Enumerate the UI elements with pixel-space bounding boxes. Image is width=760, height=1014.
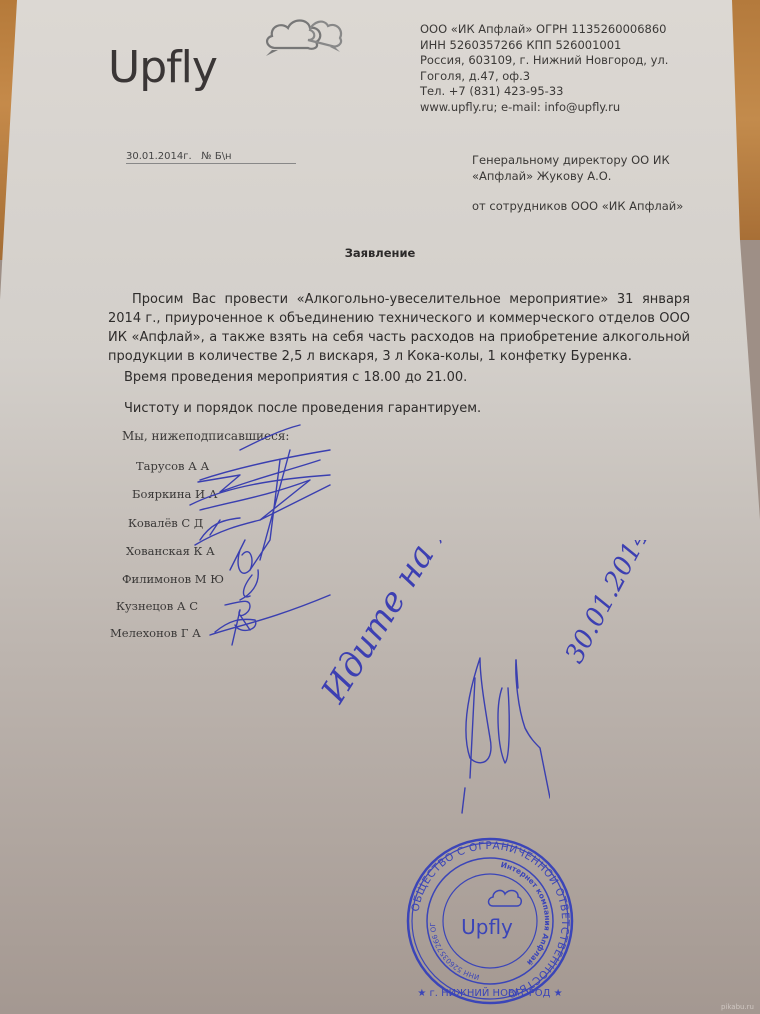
watermark: pikabu.ru [721, 1003, 754, 1011]
addressee-block: Генеральному директору ОО ИК «Апфлай» Жу… [472, 152, 683, 214]
document-title: Заявление [0, 246, 760, 260]
company-stamp: ОБЩЕСТВО С ОГРАНИЧЕННОЙ ОТВЕТСТВЕННОСТЬЮ… [405, 836, 575, 1006]
requisite-line: ООО «ИК Апфлай» ОГРН 1135260006860 [420, 22, 668, 38]
cloud-speech-bubbles-icon [236, 10, 346, 60]
addressee-line: Генеральному директору ОО ИК [472, 152, 683, 168]
reference-number: № Б\н [201, 151, 231, 162]
company-requisites: ООО «ИК Апфлай» ОГРН 1135260006860 ИНН 5… [420, 22, 668, 115]
stamp-logo: Upfly [461, 915, 513, 939]
resolution-date: 30.01.2014 [560, 540, 656, 668]
sender-line: от сотрудников ООО «ИК Апфлай» [472, 198, 683, 214]
request-paragraph: Просим Вас провести «Алкогольно-увеселит… [108, 290, 690, 366]
requisite-line: www.upfly.ru; e-mail: info@upfly.ru [420, 100, 668, 116]
addressee-line: «Апфлай» Жукову А.О. [472, 168, 683, 184]
document-page: Upfly ООО «ИК Апфлай» ОГРН 1135260006860… [0, 0, 760, 1014]
event-time-line: Время проведения мероприятия с 18.00 до … [124, 370, 467, 385]
requisite-line: Россия, 603109, г. Нижний Новгород, ул. [420, 53, 668, 69]
stamp-cloud-icon [489, 890, 522, 906]
reference-line: 30.01.2014г. № Б\н [126, 151, 296, 164]
requisite-line: Тел. +7 (831) 423-95-33 [420, 84, 668, 100]
requisite-line: ИНН 5260357266 КПП 526001001 [420, 38, 668, 54]
director-signature-icon [440, 648, 550, 818]
stamp-bottom-ring: ★ г. НИЖНИЙ НОВГОРОД ★ [417, 986, 562, 999]
guarantee-line: Чистоту и порядок после проведения гаран… [124, 401, 481, 416]
reference-date: 30.01.2014г. [126, 151, 192, 162]
company-logo: Upfly [108, 42, 217, 93]
requisite-line: Гоголя, д.47, оф.3 [420, 69, 668, 85]
